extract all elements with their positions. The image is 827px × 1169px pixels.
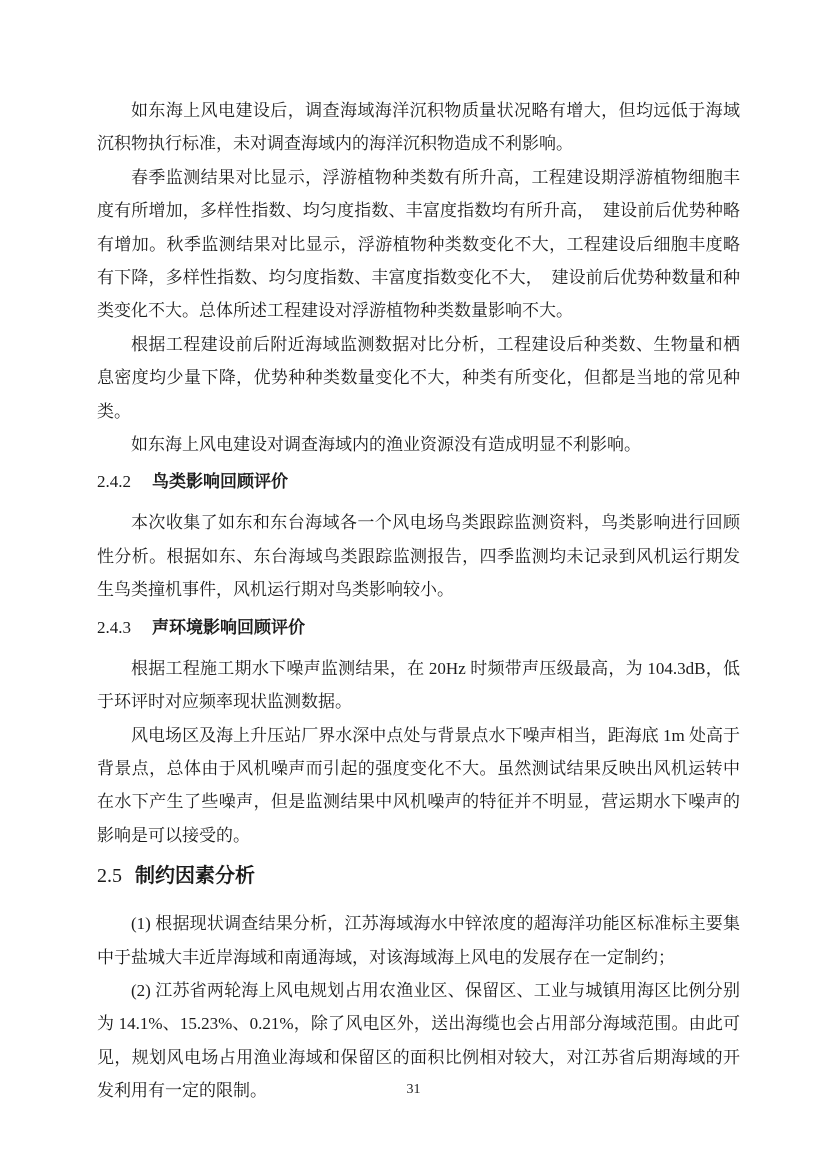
section-number: 2.5 (97, 865, 122, 887)
section-title: 声环境影响回顾评价 (152, 618, 305, 637)
paragraph-underwater-noise-operation: 风电场区及海上升压站厂界水深中点处与背景点水下噪声相当，距海底 1m 处高于背景… (97, 719, 740, 853)
document-page: 如东海上风电建设后，调查海域海洋沉积物质量状况略有增大，但均远低于海域沉积物执行… (0, 0, 827, 1169)
page-number: 31 (407, 1082, 421, 1097)
section-heading-2-4-2: 2.4.2鸟类影响回顾评价 (97, 468, 740, 495)
paragraph-sediment-quality: 如东海上风电建设后，调查海域海洋沉积物质量状况略有增大，但均远低于海域沉积物执行… (97, 94, 740, 161)
section-title: 制约因素分析 (135, 865, 255, 887)
paragraph-constraint-zinc: (1) 根据现状调查结果分析，江苏海域海水中锌浓度的超海洋功能区标准标主要集中于… (97, 907, 740, 974)
paragraph-underwater-noise-construction: 根据工程施工期水下噪声监测结果，在 20Hz 时频带声压级最高，为 104.3d… (97, 652, 740, 719)
section-heading-2-4-3: 2.4.3声环境影响回顾评价 (97, 614, 740, 641)
section-number: 2.4.3 (97, 618, 131, 637)
section-title: 鸟类影响回顾评价 (152, 472, 288, 491)
paragraph-fishery-resources: 如东海上风电建设对调查海域内的渔业资源没有造成明显不利影响。 (97, 428, 740, 461)
section-number: 2.4.2 (97, 472, 131, 491)
paragraph-phytoplankton-monitoring: 春季监测结果对比显示，浮游植物种类数有所升高，工程建设期浮游植物细胞丰度有所增加… (97, 161, 740, 328)
document-body: 如东海上风电建设后，调查海域海洋沉积物质量状况略有增大，但均远低于海域沉积物执行… (97, 94, 740, 1108)
section-heading-2-5: 2.5制约因素分析 (97, 861, 740, 892)
paragraph-benthos-comparison: 根据工程建设前后附近海域监测数据对比分析，工程建设后种类数、生物量和栖息密度均少… (97, 328, 740, 428)
paragraph-bird-monitoring: 本次收集了如东和东台海域各一个风电场鸟类跟踪监测资料，鸟类影响进行回顾性分析。根… (97, 506, 740, 606)
page-footer: 31 (0, 1080, 827, 1100)
